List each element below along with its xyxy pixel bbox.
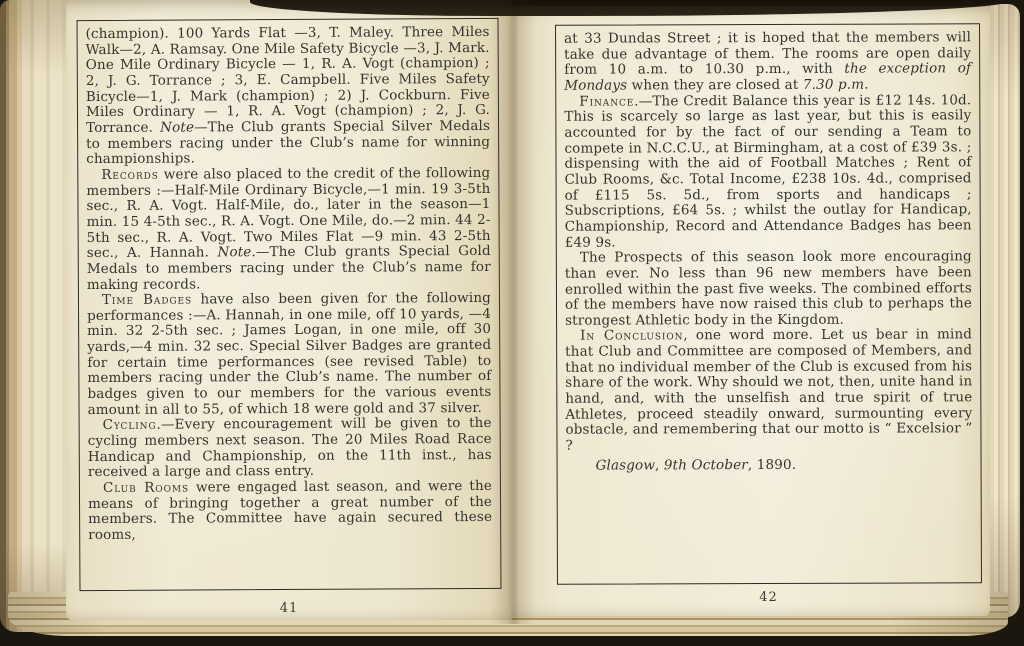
text-segment: have also been given for the following p…	[87, 290, 491, 418]
page-number: 41	[78, 601, 500, 617]
text-segment: Glasgow	[596, 457, 656, 473]
text-segment: .—The Credit Balance this year is £12 14…	[564, 92, 971, 250]
text-segment: when they are closed at	[627, 77, 803, 94]
paragraph: In Conclusion, one word more. Let us bea…	[565, 328, 972, 455]
page-number: 42	[556, 590, 981, 606]
page-border-frame: at 33 Dundas Street ; it is hoped that t…	[555, 23, 982, 584]
text-segment: Records	[101, 167, 159, 183]
book-page-left: (champion). 100 Yards Flat —3, T. Maley.…	[66, 0, 512, 620]
paragraph: Glasgow, 9th October, 1890.	[566, 457, 973, 474]
paragraph: Finance.—The Credit Balance this year is…	[564, 93, 972, 251]
paragraph: Time Badges have also been given for the…	[87, 291, 492, 418]
text-segment: , one word more. Let us bear in mind tha…	[565, 327, 972, 454]
paragraph: (champion). 100 Yards Flat —3, T. Maley.…	[86, 25, 491, 168]
paragraph: Records were also placed to the credit o…	[86, 166, 491, 293]
text-segment: Finance	[579, 93, 634, 109]
book-page-right: at 33 Dundas Street ; it is hoped that t…	[512, 6, 990, 616]
text-segment: In Conclusion	[580, 328, 683, 344]
paragraph: The Prospects of this season look more e…	[565, 249, 972, 329]
paragraph: Cycling.—Every encouragement will be giv…	[88, 416, 492, 481]
text-segment: Note	[160, 119, 194, 135]
paragraph: Club Rooms were engaged last season, and…	[88, 479, 492, 544]
left-page-edge-stack	[0, 0, 70, 632]
text-segment: 9th October	[664, 457, 748, 473]
text-segment: Cycling	[103, 417, 157, 433]
page-text: (champion). 100 Yards Flat —3, T. Maley.…	[86, 25, 493, 544]
text-segment: Club Rooms	[103, 480, 189, 496]
text-segment: , 1890.	[748, 457, 796, 473]
text-segment: 7.30 p.m.	[803, 77, 869, 93]
text-segment: Time Badges	[102, 292, 192, 308]
text-segment: The Prospects of this season look more e…	[565, 248, 972, 328]
scanned-book-spread: (champion). 100 Yards Flat —3, T. Maley.…	[0, 0, 1024, 646]
page-border-frame: (champion). 100 Yards Flat —3, T. Maley.…	[77, 18, 502, 591]
text-segment: Note	[217, 244, 251, 260]
paragraph: at 33 Dundas Street ; it is hoped that t…	[564, 30, 971, 94]
page-text: at 33 Dundas Street ; it is hoped that t…	[564, 30, 973, 474]
